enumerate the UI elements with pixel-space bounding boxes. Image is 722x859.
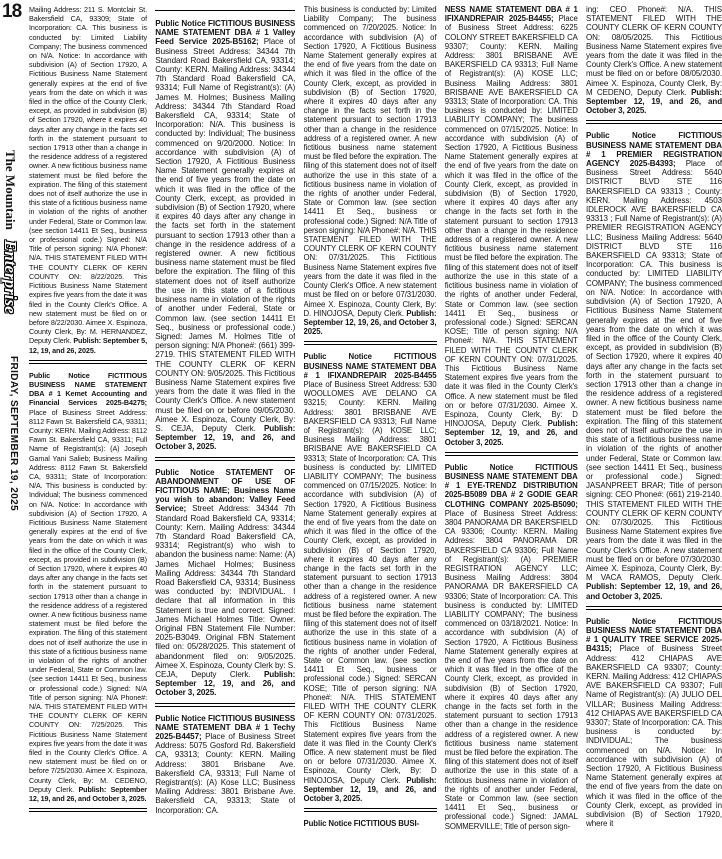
- notice-body-text: ing: CEO Phone#: N/A. THIS STATEMENT FIL…: [586, 5, 722, 97]
- notice-column-3: This business is conducted by: Limited L…: [304, 5, 437, 859]
- notice-column-4: NESS NAME STATEMENT DBA # 1 IFIXANDREPAI…: [445, 5, 578, 859]
- legal-notice: Public Notice FICTITIOUS BUSINESS NAME S…: [29, 371, 147, 804]
- dateline-vertical: FRIDAY, SEPTEMBER 19, 2025: [8, 356, 19, 511]
- newspaper-legal-notices-page: 18 The Mountain Enterprise FRIDAY, SEPTE…: [0, 0, 722, 859]
- notice-body-text: This business is conducted by: Limited L…: [304, 5, 437, 318]
- legal-notice: Public Notice FICTITIOUS BUSINESS NAME S…: [155, 714, 295, 815]
- legal-notice: Public Notice FICTITIOUS BUSINESS NAME S…: [155, 19, 295, 452]
- page-edge-sidebar: 18 The Mountain Enterprise FRIDAY, SEPTE…: [0, 0, 29, 859]
- legal-notice: Public Notice FICTITIOUS BUSI-: [304, 819, 437, 828]
- notice-body-text: Street Address: 34344 7th Standard Road …: [155, 504, 295, 679]
- notice-separator: [586, 606, 722, 610]
- legal-notice: This business is conducted by: Limited L…: [304, 5, 437, 336]
- notice-separator: [304, 808, 437, 812]
- notice-body-text: Place of Business Street Address: 8112 F…: [29, 408, 147, 794]
- notice-heading-text: Publish: September 12, 19, and 26, and O…: [586, 582, 722, 600]
- notice-separator: [29, 360, 147, 364]
- legal-notice: NESS NAME STATEMENT DBA # 1 IFIXANDREPAI…: [445, 5, 578, 447]
- notice-body-text: Place of Business Street Address: 3804 P…: [445, 509, 578, 831]
- notice-body-text: Place of Business Street Address: 34344 …: [155, 37, 295, 433]
- notice-separator: [155, 10, 295, 11]
- notice-body-text: Place of Business Street Address: 5075 G…: [155, 732, 295, 815]
- notice-separator: [155, 457, 295, 461]
- notice-columns: Mailing Address: 211 S. Montclair St. Ba…: [29, 0, 722, 859]
- masthead-vertical: The Mountain Enterprise: [2, 150, 19, 314]
- legal-notice: Public Notice FICTITIOUS BUSINESS NAME S…: [586, 617, 722, 829]
- notice-separator: [304, 341, 437, 345]
- notice-column-1: Mailing Address: 211 S. Montclair St. Ba…: [29, 5, 147, 859]
- notice-body-text: Place of Business Street Address: 412 CH…: [586, 644, 722, 828]
- notice-heading-text: Public Notice FICTITIOUS BUSINESS NAME S…: [29, 371, 147, 408]
- notice-body-text: Mailing Address: 211 S. Montclair St. Ba…: [29, 5, 147, 345]
- legal-notice: ing: CEO Phone#: N/A. THIS STATEMENT FIL…: [586, 5, 722, 115]
- legal-notice: Public Notice STATEMENT OF ABANDONMENT O…: [155, 468, 295, 698]
- notice-column-5: ing: CEO Phone#: N/A. THIS STATEMENT FIL…: [586, 5, 722, 859]
- legal-notice: Public Notice FICTITIOUS BUSINESS NAME S…: [445, 463, 578, 831]
- legal-notice: Public Notice FICTITIOUS BUSINESS NAME S…: [304, 352, 437, 803]
- legal-notice: Public Notice FICTITIOUS BUSINESS NAME S…: [586, 131, 722, 600]
- notice-heading-text: Public Notice FICTITIOUS BUSINESS NAME S…: [304, 352, 437, 379]
- notice-heading-text: Public Notice FICTITIOUS BUSINESS NAME S…: [445, 463, 578, 509]
- notice-body-text: Place of Business Street Address: 530 WO…: [304, 380, 437, 785]
- notice-body-text: Place of Business Street Address: 5640 D…: [586, 159, 722, 582]
- notice-column-2: Public Notice FICTITIOUS BUSINESS NAME S…: [155, 5, 295, 859]
- page-number: 18: [0, 0, 29, 23]
- notice-separator: [445, 452, 578, 456]
- notice-separator: [155, 703, 295, 707]
- legal-notice: Mailing Address: 211 S. Montclair St. Ba…: [29, 5, 147, 355]
- masthead-title-part2: Enterprise: [1, 240, 20, 314]
- notice-separator: [586, 120, 722, 124]
- notice-body-text: Place of Business Street Address: 6225 C…: [445, 14, 578, 428]
- notice-heading-text: Public Notice FICTITIOUS BUSI-: [304, 819, 420, 828]
- notice-separator: [29, 808, 147, 812]
- masthead-title-part1: The Mountain: [3, 150, 18, 230]
